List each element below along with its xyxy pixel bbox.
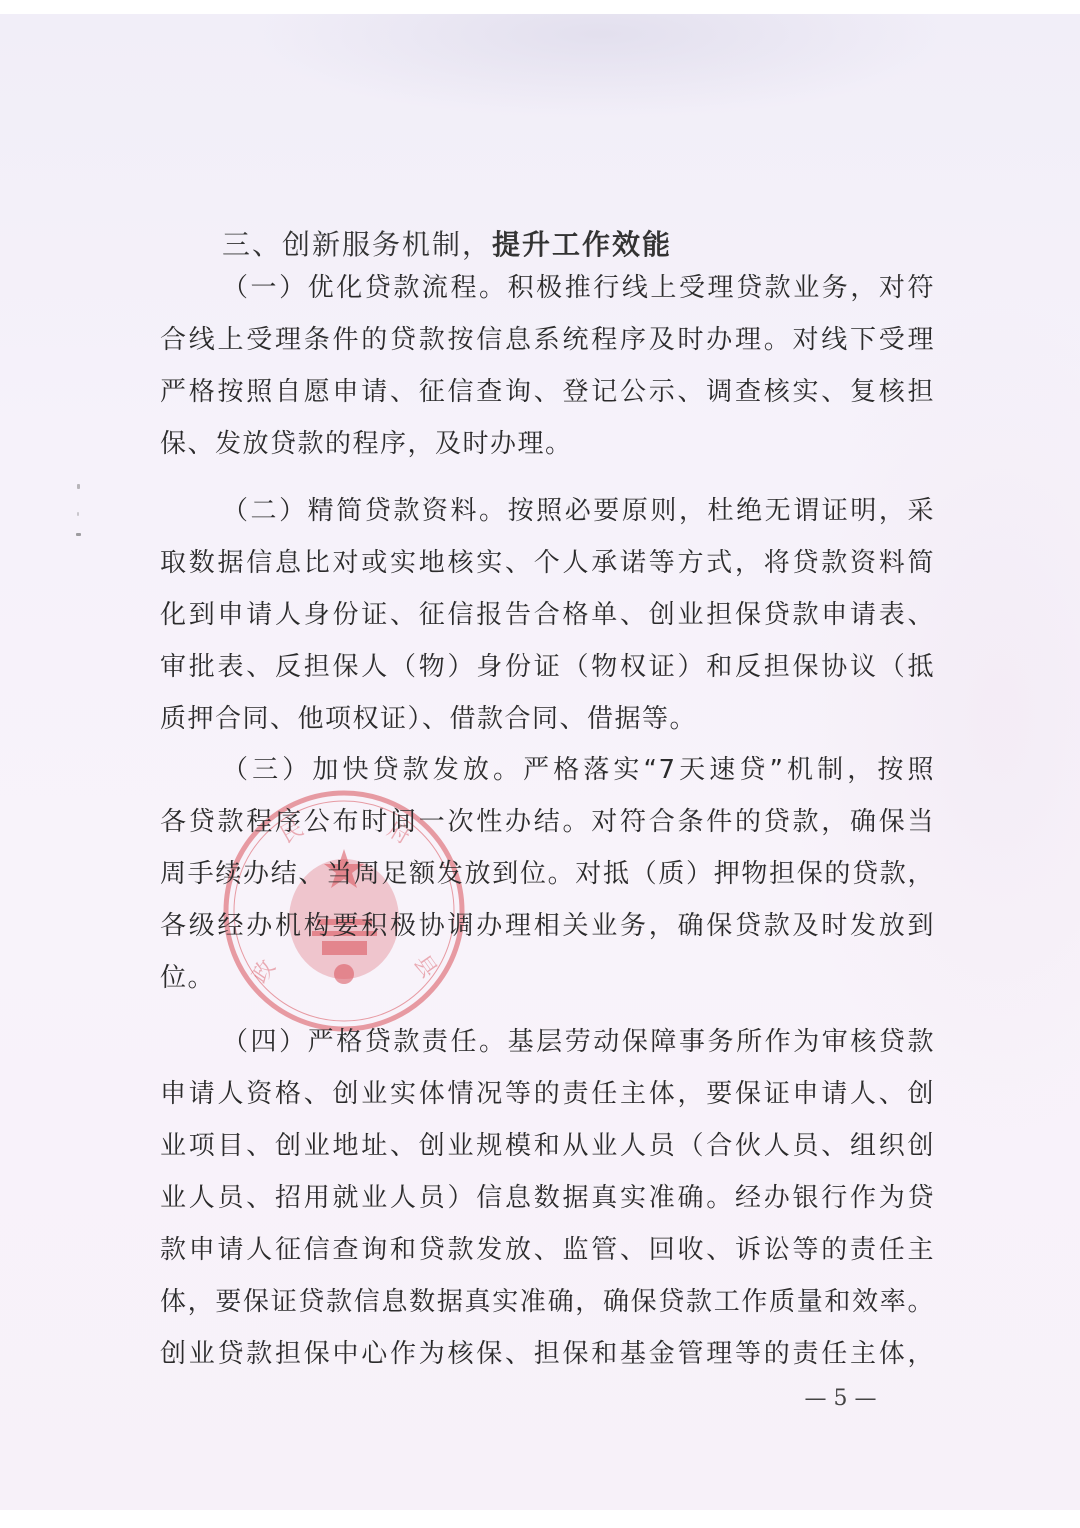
text-line: 各级经办机构要积极协调办理相关业务，确保贷款及时发放到 [160, 910, 935, 942]
text-line: 各贷款程序公布时间一次性办结。对符合条件的贷款，确保当 [160, 806, 935, 838]
text-line: 业项目、创业地址、创业规模和从业人员（合伙人员、组织创 [160, 1130, 935, 1162]
text-line: 款申请人征信查询和贷款发放、监管、回收、诉讼等的责任主 [160, 1234, 935, 1266]
text-line: 保、发放贷款的程序，及时办理。 [160, 428, 935, 460]
text-line: 申请人资格、创业实体情况等的责任主体，要保证申请人、创 [160, 1078, 935, 1110]
text-line: 创业贷款担保中心作为核保、担保和基金管理等的责任主体， [160, 1338, 935, 1370]
text-line: 严格按照自愿申请、征信查询、登记公示、调查核实、复核担 [160, 376, 935, 408]
text-line: 化到申请人身份证、征信报告合格单、创业担保贷款申请表、 [160, 599, 935, 631]
text-line: 位。 [160, 962, 935, 994]
margin-mark [76, 533, 81, 536]
text-line: 审批表、反担保人（物）身份证（物权证）和反担保协议（抵 [160, 651, 935, 683]
text-line: （四）严格贷款责任。基层劳动保障事务所作为审核贷款 [222, 1026, 935, 1058]
page-number: — 5 — [793, 1386, 888, 1411]
section-heading: 三、创新服务机制，提升工作效能 [222, 228, 672, 262]
margin-mark [77, 512, 79, 516]
scanned-page: 政 县 民 府 三、创新服务机制，提升工作效能 （一）优化贷款流程。积极推行线上… [0, 14, 1080, 1510]
text-line: 体，要保证贷款信息数据真实准确，确保贷款工作质量和效率。 [160, 1286, 935, 1318]
text-line: 取数据信息比对或实地核实、个人承诺等方式，将贷款资料简 [160, 547, 935, 579]
heading-part1: 创新服务机制， [282, 228, 492, 261]
heading-number: 三、 [222, 228, 282, 261]
text-line: 合线上受理条件的贷款按信息系统程序及时办理。对线下受理 [160, 324, 935, 356]
text-line: 周手续办结、当周足额发放到位。对抵（质）押物担保的贷款， [160, 858, 935, 890]
text-line: （二）精简贷款资料。按照必要原则，杜绝无谓证明，采 [222, 495, 935, 527]
text-line: （一）优化贷款流程。积极推行线上受理贷款业务，对符 [222, 272, 935, 304]
text-line: （三）加快贷款发放。严格落实“7天速贷”机制，按照 [222, 754, 935, 786]
heading-part2: 提升工作效能 [492, 228, 672, 261]
text-line: 业人员、招用就业人员）信息数据真实准确。经办银行作为贷 [160, 1182, 935, 1214]
text-line: 质押合同、他项权证）、借款合同、借据等。 [160, 703, 935, 735]
margin-mark [77, 484, 80, 489]
